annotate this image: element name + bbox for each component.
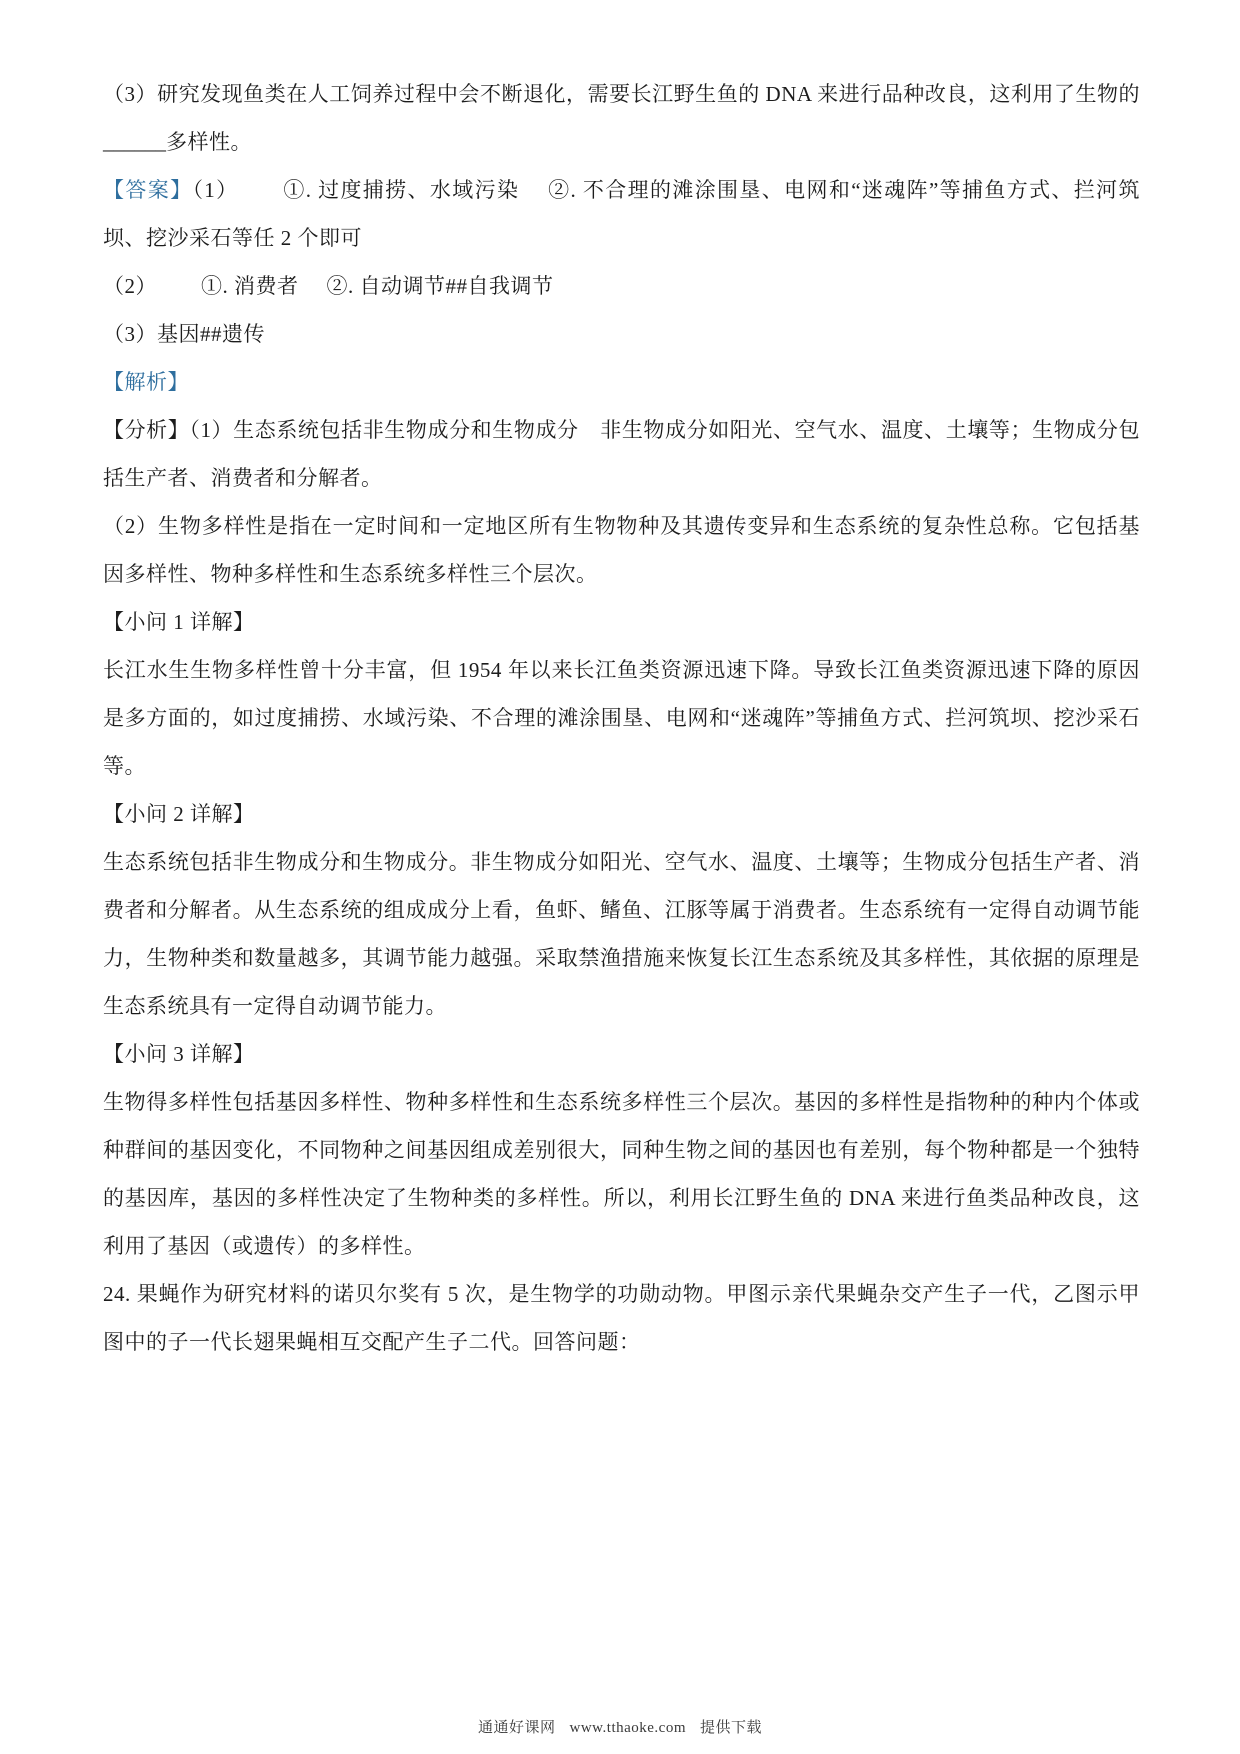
answer-part2-item1: ①. 消费者 <box>201 274 299 298</box>
footer-url: www.tthaoke.com <box>570 1720 687 1736</box>
question-3-paragraph: （3）研究发现鱼类在人工饲养过程中会不断退化，需要长江野生鱼的 DNA 来进行品… <box>103 70 1140 166</box>
detail-3-paragraph: 生物得多样性包括基因多样性、物种多样性和生态系统多样性三个层次。基因的多样性是指… <box>103 1078 1140 1270</box>
question-24-paragraph: 24. 果蝇作为研究材料的诺贝尔奖有 5 次，是生物学的功勋动物。甲图示亲代果蝇… <box>103 1270 1140 1366</box>
document-page: （3）研究发现鱼类在人工饲养过程中会不断退化，需要长江野生鱼的 DNA 来进行品… <box>0 0 1240 1754</box>
answer-part2-paragraph: （2）①. 消费者②. 自动调节##自我调节 <box>103 262 1140 310</box>
answer-part2-number: （2） <box>103 274 157 298</box>
question-3-post: 多样性。 <box>166 130 252 154</box>
answer-part1-item1: ①. 过度捕捞、水域污染 <box>283 178 520 202</box>
answer-part1-item2: ②. 不合理的滩涂围垦、电网和“迷魂阵”等捕鱼方式、拦河筑坝、挖沙采石等任 2 … <box>103 178 1140 250</box>
detail-1-heading: 【小问 1 详解】 <box>103 598 1140 646</box>
analysis-label: 【解析】 <box>103 370 189 394</box>
fenxi-point1-text: （1）生态系统包括非生物成分和生物成分 非生物成分如阳光、空气水、温度、土壤等；… <box>103 418 1140 490</box>
analysis-point1-paragraph: 【分析】（1）生态系统包括非生物成分和生物成分 非生物成分如阳光、空气水、温度、… <box>103 406 1140 502</box>
detail-3-heading: 【小问 3 详解】 <box>103 1030 1140 1078</box>
footer-site-name: 通通好课网 <box>478 1720 556 1736</box>
detail-2-title: 【小问 2 详解】 <box>103 802 255 826</box>
fenxi-point2-text: （2）生物多样性是指在一定时间和一定地区所有生物物种及其遗传变异和生态系统的复杂… <box>103 514 1140 586</box>
detail-3-title: 【小问 3 详解】 <box>103 1042 255 1066</box>
answer-part3-paragraph: （3）基因##遗传 <box>103 310 1140 358</box>
detail-1-text: 长江水生生物多样性曾十分丰富，但 1954 年以来长江鱼类资源迅速下降。导致长江… <box>103 658 1140 778</box>
answer-part1-number: （1） <box>192 178 238 202</box>
footer-suffix: 提供下载 <box>700 1720 762 1736</box>
question-3-pre: （3）研究发现鱼类在人工饲养过程中会不断退化，需要长江野生鱼的 DNA 来进行品… <box>103 82 1140 106</box>
detail-3-text: 生物得多样性包括基因多样性、物种多样性和生态系统多样性三个层次。基因的多样性是指… <box>103 1090 1140 1258</box>
analysis-point2-paragraph: （2）生物多样性是指在一定时间和一定地区所有生物物种及其遗传变异和生态系统的复杂… <box>103 502 1140 598</box>
question-3-blank: ______ <box>103 130 166 154</box>
answer-part1-paragraph: 【答案】（1）①. 过度捕捞、水域污染②. 不合理的滩涂围垦、电网和“迷魂阵”等… <box>103 166 1140 262</box>
detail-2-paragraph: 生态系统包括非生物成分和生物成分。非生物成分如阳光、空气水、温度、土壤等；生物成… <box>103 838 1140 1030</box>
detail-1-title: 【小问 1 详解】 <box>103 610 255 634</box>
detail-1-paragraph: 长江水生生物多样性曾十分丰富，但 1954 年以来长江鱼类资源迅速下降。导致长江… <box>103 646 1140 790</box>
detail-2-text: 生态系统包括非生物成分和生物成分。非生物成分如阳光、空气水、温度、土壤等；生物成… <box>103 850 1140 1018</box>
page-footer: 通通好课网www.tthaoke.com提供下载 <box>0 1716 1240 1737</box>
document-content: （3）研究发现鱼类在人工饲养过程中会不断退化，需要长江野生鱼的 DNA 来进行品… <box>103 70 1140 1366</box>
answer-part2-item2: ②. 自动调节##自我调节 <box>327 274 554 298</box>
answer-part3-text: （3）基因##遗传 <box>103 322 265 346</box>
analysis-heading: 【解析】 <box>103 358 1140 406</box>
answer-label: 【答案】 <box>103 178 192 202</box>
detail-2-heading: 【小问 2 详解】 <box>103 790 1140 838</box>
question-24-text: 24. 果蝇作为研究材料的诺贝尔奖有 5 次，是生物学的功勋动物。甲图示亲代果蝇… <box>103 1282 1140 1354</box>
fenxi-label: 【分析】 <box>103 418 189 442</box>
